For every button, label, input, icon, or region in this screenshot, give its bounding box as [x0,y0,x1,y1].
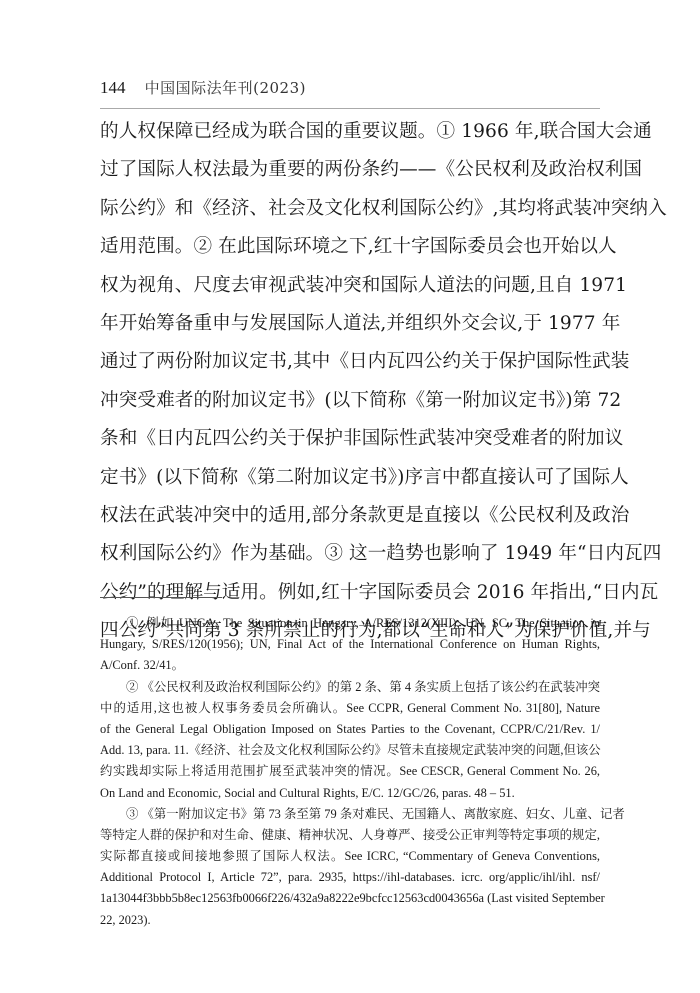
running-header: 144 中国国际法年刊(2023) [100,76,600,100]
body-line: 冲突受难者的附加议定书》(以下简称《第一附加议定书》)第 72 [100,382,600,420]
body-line: 权为视角、尺度去审视武装冲突和国际人道法的问题,且自 1971 [100,267,600,305]
footnote-line: Additional Protocol I, Article 72”, para… [100,867,600,888]
body-line: 定书》(以下简称《第二附加议定书》)序言中都直接认可了国际人 [100,459,600,497]
footnote-line: ① 例如,UNGA, The Situation in Hungary, A/R… [100,613,600,634]
body-line: 权法在武装冲突中的适用,部分条款更是直接以《公民权利及政治 [100,497,600,535]
footnote-1: ① 例如,UNGA, The Situation in Hungary, A/R… [100,613,600,677]
footnote-line: 实际都直接或间接地参照了国际人权法。See ICRC, “Commentary … [100,846,600,867]
footnote-line: On Land and Economic, Social and Cultura… [100,783,600,804]
body-line: 的人权保障已经成为联合国的重要议题。① 1966 年,联合国大会通 [100,113,600,151]
footnote-line: 约实践却实际上将适用范围扩展至武装冲突的情况。See CESCR, Genera… [100,761,600,782]
footnote-line: of the General Legal Obligation Imposed … [100,719,600,740]
body-line: 适用范围。② 在此国际环境之下,红十字国际委员会也开始以人 [100,228,600,266]
footnote-line: 中的适用,这也被人权事务委员会所确认。See CCPR, General Com… [100,698,600,719]
header-divider [100,108,600,109]
footnote-divider [100,597,222,598]
footnote-line: 1a13044f3bbb5b8ec12563fb0066f226/432a9a8… [100,888,600,909]
footnote-line: Hungary, S/RES/120(1956); UN, Final Act … [100,634,600,655]
footnotes: ① 例如,UNGA, The Situation in Hungary, A/R… [100,613,600,931]
journal-title: 中国国际法年刊(2023) [145,79,306,97]
footnote-line: ③ 《第一附加议定书》第 73 条至第 79 条对难民、无国籍人、离散家庭、妇女… [100,804,600,825]
footnote-3: ③ 《第一附加议定书》第 73 条至第 79 条对难民、无国籍人、离散家庭、妇女… [100,804,600,931]
body-line: 过了国际人权法最为重要的两份条约——《公民权利及政治权利国 [100,151,600,189]
body-line: 公约”的理解与适用。例如,红十字国际委员会 2016 年指出,“日内瓦 [100,574,600,612]
body-line: 际公约》和《经济、社会及文化权利国际公约》,其均将武装冲突纳入 [100,190,600,228]
body-line: 权利国际公约》作为基础。③ 这一趋势也影响了 1949 年“日内瓦四 [100,535,600,573]
footnote-2: ② 《公民权利及政治权利国际公约》的第 2 条、第 4 条实质上包括了该公约在武… [100,677,600,804]
page-number: 144 [100,78,126,97]
body-line: 年开始筹备重申与发展国际人道法,并组织外交会议,于 1977 年 [100,305,600,343]
body-line: 条和《日内瓦四公约关于保护非国际性武装冲突受难者的附加议 [100,420,600,458]
body-paragraph: 的人权保障已经成为联合国的重要议题。① 1966 年,联合国大会通 过了国际人权… [100,113,600,650]
footnote-line: Add. 13, para. 11.《经济、社会及文化权利国际公约》尽管未直接规… [100,740,600,761]
footnote-line: 22, 2023). [100,910,600,931]
footnote-line: A/Conf. 32/41。 [100,655,600,676]
document-page: 144 中国国际法年刊(2023) 的人权保障已经成为联合国的重要议题。① 19… [0,0,700,993]
footnote-line: ② 《公民权利及政治权利国际公约》的第 2 条、第 4 条实质上包括了该公约在武… [100,677,600,698]
body-line: 通过了两份附加议定书,其中《日内瓦四公约关于保护国际性武装 [100,343,600,381]
footnote-line: 等特定人群的保护和对生命、健康、精神状况、人身尊严、接受公正审判等特定事项的规定… [100,825,600,846]
